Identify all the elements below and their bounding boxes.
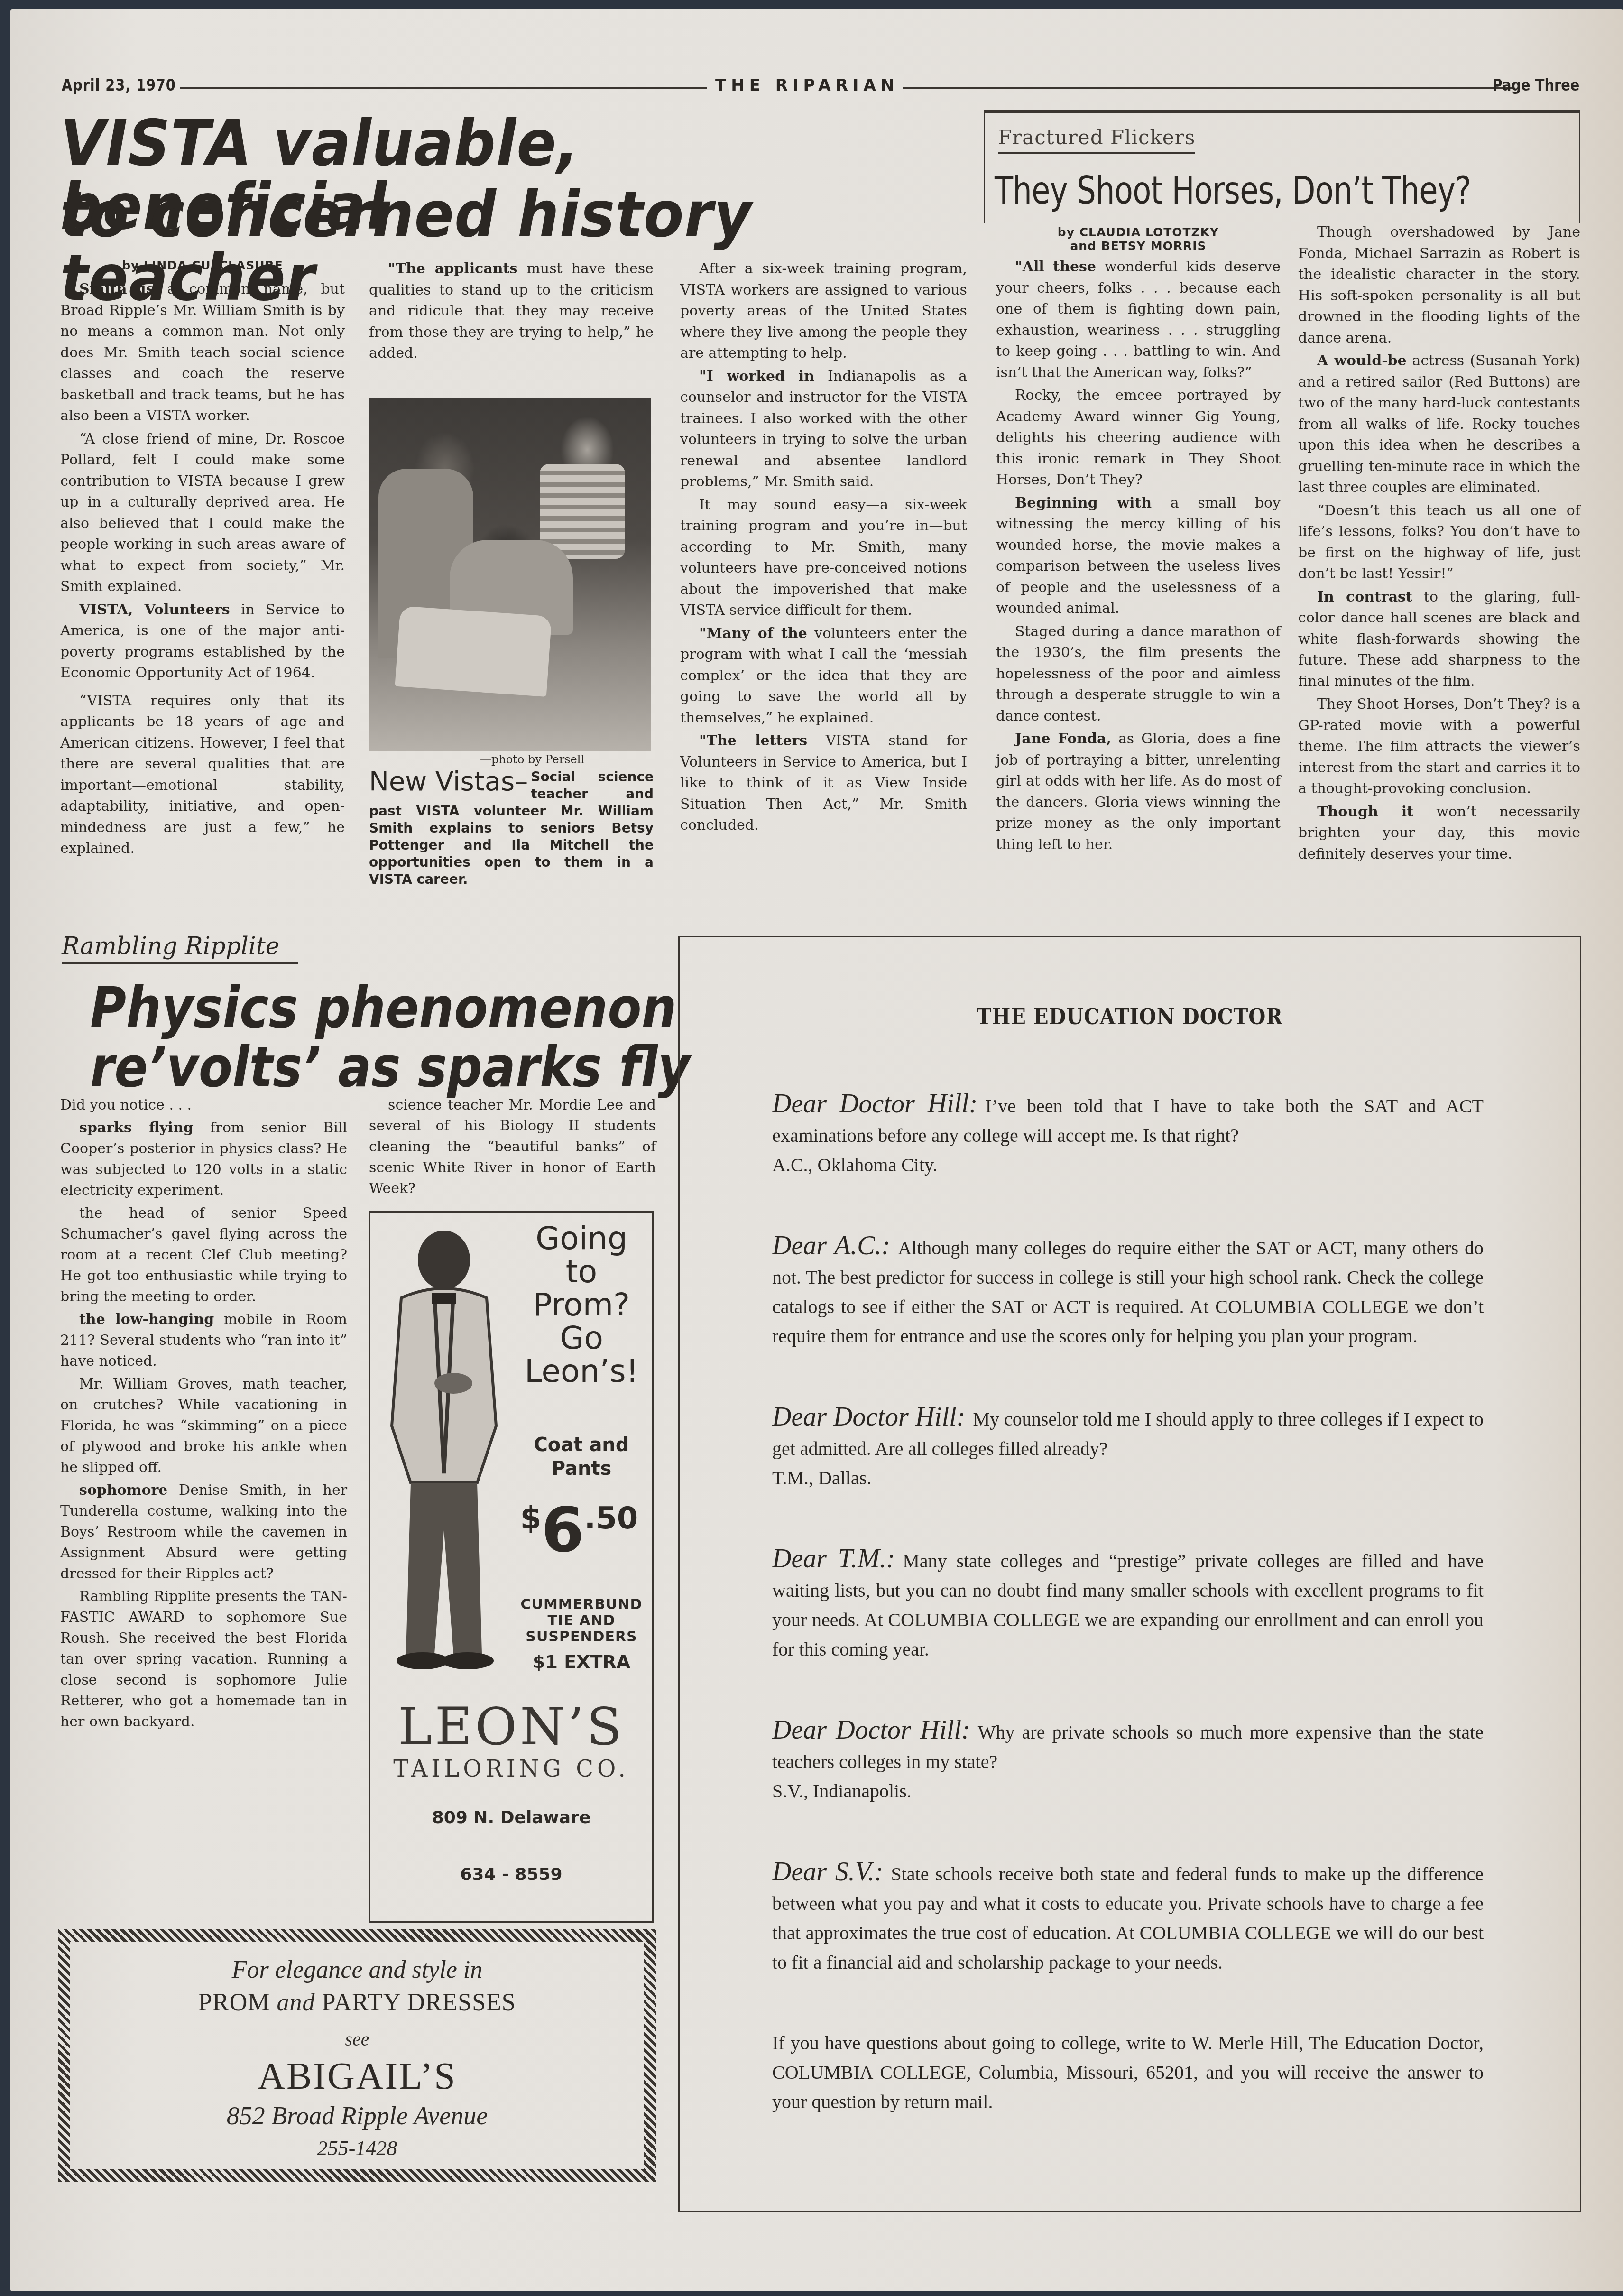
page-number: Page Three — [1492, 76, 1579, 95]
education-doctor-letters: Dear Doctor Hill:I’ve been told that I h… — [772, 1089, 1484, 2117]
vista-headline-line1: VISTA valuable, beneficial — [60, 111, 907, 183]
movie-review-column-1: by CLAUDIA LOTOTZKY and BETSY MORRIS "Al… — [996, 225, 1281, 857]
paragraph: Though overshadowed by Jane Fonda, Micha… — [1298, 222, 1580, 349]
ad-line1: For elegance and style in — [70, 1956, 644, 1984]
letter: Dear Doctor Hill:My counselor told me I … — [772, 1402, 1484, 1493]
letter: Dear Doctor Hill:Why are private schools… — [772, 1715, 1484, 1806]
paragraph: sparks flying from senior Bill Cooper’s … — [60, 1118, 347, 1201]
paragraph: Beginning with a small boy witnessing th… — [996, 493, 1281, 620]
vista-photo — [369, 398, 651, 751]
paragraph: "The letters VISTA stand for Volunteers … — [680, 731, 967, 836]
ad-address: 852 Broad Ripple Avenue — [70, 2101, 644, 2130]
abigails-dress-ad: For elegance and style in PROM and PARTY… — [58, 1929, 656, 2182]
paragraph: They Shoot Horses, Don’t They? is a GP-r… — [1298, 694, 1580, 800]
ad-brand: ABIGAIL’S — [70, 2055, 644, 2098]
ad-offer: Coat and Pants — [513, 1433, 650, 1481]
ad-brand: LEON’S — [370, 1701, 652, 1753]
paragraph: “VISTA requires only that its applicants… — [60, 691, 345, 860]
movie-review-byline-2: and BETSY MORRIS — [996, 239, 1281, 253]
ad-address: 809 N. Delaware — [370, 1808, 652, 1827]
gossip-headline-line1: Physics phenomenon — [90, 980, 690, 1039]
ad-phone: 255-1428 — [70, 2136, 644, 2160]
paragraph: In contrast to the glaring, full-color d… — [1298, 587, 1580, 693]
paragraph: “A close friend of mine, Dr. Roscoe Poll… — [60, 429, 345, 598]
paragraph: VISTA, Volunteers in Service to America,… — [60, 600, 345, 684]
paragraph: "All these wonderful kids deserve your c… — [996, 257, 1281, 383]
letter: Dear Doctor Hill:I’ve been told that I h… — [772, 1089, 1484, 1180]
ad-phone: 634 - 8559 — [370, 1865, 652, 1884]
paragraph: It may sound easy—a six-week training pr… — [680, 495, 967, 621]
vista-col1-text: Smith is a common name, but Broad Ripple… — [60, 279, 345, 860]
masthead-rule-left — [180, 87, 707, 89]
ad-brand-sub: TAILORING CO. — [370, 1756, 652, 1782]
paragraph: "Many of the volunteers enter the progra… — [680, 623, 967, 729]
ad-extras: CUMMERBUND TIE AND SUSPENDERS — [513, 1597, 650, 1645]
movie-review-column-2: Though overshadowed by Jane Fonda, Micha… — [1298, 222, 1580, 867]
newspaper-page: April 23, 1970 THE RIPARIAN Page Three V… — [10, 9, 1623, 2291]
issue-date: April 23, 1970 — [62, 76, 176, 95]
gossip-headline-line2: re’volts’ as sparks fly — [90, 1039, 690, 1098]
movie-review-byline-1: by CLAUDIA LOTOTZKY — [996, 225, 1281, 239]
paper-name: THE RIPARIAN — [711, 76, 903, 95]
reply: Dear A.C.:Although many colleges do requ… — [772, 1231, 1484, 1351]
photo-credit: —photo by Persell — [480, 753, 584, 766]
paragraph: Though it won’t necessarily brighten you… — [1298, 802, 1580, 865]
photo-brochure — [395, 606, 552, 697]
movie-review-kicker: Fractured Flickers — [998, 126, 1195, 154]
ad-extras-price: $1 EXTRA — [513, 1651, 650, 1672]
masthead: April 23, 1970 THE RIPARIAN Page Three — [62, 76, 1579, 100]
gossip-column-kicker: Rambling Ripplite — [62, 932, 298, 964]
movie-review-col1-text: "All these wonderful kids deserve your c… — [996, 257, 1281, 855]
masthead-rule-right — [849, 87, 1513, 89]
photo-caption: New Vistas–Social science teacher and pa… — [369, 768, 654, 888]
vista-column-1: by LINDA CULCLASURE Smith is a common na… — [60, 259, 345, 861]
vista-column-2: "The applicants must have these qualitie… — [369, 259, 654, 366]
reply: Dear T.M.:Many state colleges and “prest… — [772, 1544, 1484, 1664]
paragraph: Staged during a dance marathon of the 19… — [996, 621, 1281, 727]
paragraph: "I worked in Indianapolis as a counselor… — [680, 366, 967, 493]
tuxedo-man-illustration — [382, 1227, 506, 1682]
ad-see: see — [70, 2028, 644, 2050]
leons-tailoring-ad: Going to Prom? Go Leon’s! Coat and Pants… — [369, 1211, 654, 1923]
vista-headline-line2: to concerned history teacher — [60, 183, 907, 254]
paragraph: Rambling Ripplite presents the TAN-FASTI… — [60, 1586, 347, 1732]
paragraph: A would-be actress (Susanah York) and a … — [1298, 351, 1580, 499]
ad-price: $6.50 — [503, 1488, 655, 1561]
paragraph: Mr. William Groves, math teacher, on cru… — [60, 1374, 347, 1478]
gossip-intro: Did you notice . . . — [60, 1095, 347, 1116]
gossip-column-1: Did you notice . . . sparks flying from … — [60, 1095, 347, 1734]
paragraph: the low-hanging mobile in Room 211? Seve… — [60, 1309, 347, 1372]
reply: Dear S.V.:State schools receive both sta… — [772, 1857, 1484, 1977]
vista-byline: by LINDA CULCLASURE — [60, 259, 345, 272]
paragraph: science teacher Mr. Mordie Lee and sever… — [369, 1095, 656, 1199]
paragraph: the head of senior Speed Schumacher’s ga… — [60, 1203, 347, 1307]
paragraph: sophomore Denise Smith, in her Tunderell… — [60, 1480, 347, 1584]
gossip-column-headline: Physics phenomenon re’volts’ as sparks f… — [90, 980, 690, 1098]
movie-review-headline: They Shoot Horses, Don’t They? — [995, 168, 1471, 213]
paragraph: Rocky, the emcee portrayed by Academy Aw… — [996, 385, 1281, 491]
education-doctor-footer: If you have questions about going to col… — [772, 2028, 1484, 2117]
vista-headline: VISTA valuable, beneficial to concerned … — [60, 111, 907, 254]
paragraph: "The applicants must have these qualitie… — [369, 259, 654, 364]
paragraph: After a six-week training program, VISTA… — [680, 259, 967, 364]
gossip-column-2: science teacher Mr. Mordie Lee and sever… — [369, 1095, 656, 1201]
paragraph: “Doesn’t this teach us all one of life’s… — [1298, 500, 1580, 585]
paragraph: Smith is a common name, but Broad Ripple… — [60, 279, 345, 427]
ad-line2: PROM and PARTY DRESSES — [70, 1989, 644, 2017]
vista-column-3: After a six-week training program, VISTA… — [680, 259, 967, 838]
caption-title: New Vistas– — [369, 768, 528, 795]
education-doctor-ad: THE EDUCATION DOCTOR Dear Doctor Hill:I’… — [678, 936, 1581, 2212]
ad-tagline: Going to Prom? Go Leon’s! — [513, 1222, 650, 1388]
paragraph: Jane Fonda, as Gloria, does a fine job o… — [996, 729, 1281, 855]
education-doctor-title: THE EDUCATION DOCTOR — [725, 1004, 1535, 1029]
